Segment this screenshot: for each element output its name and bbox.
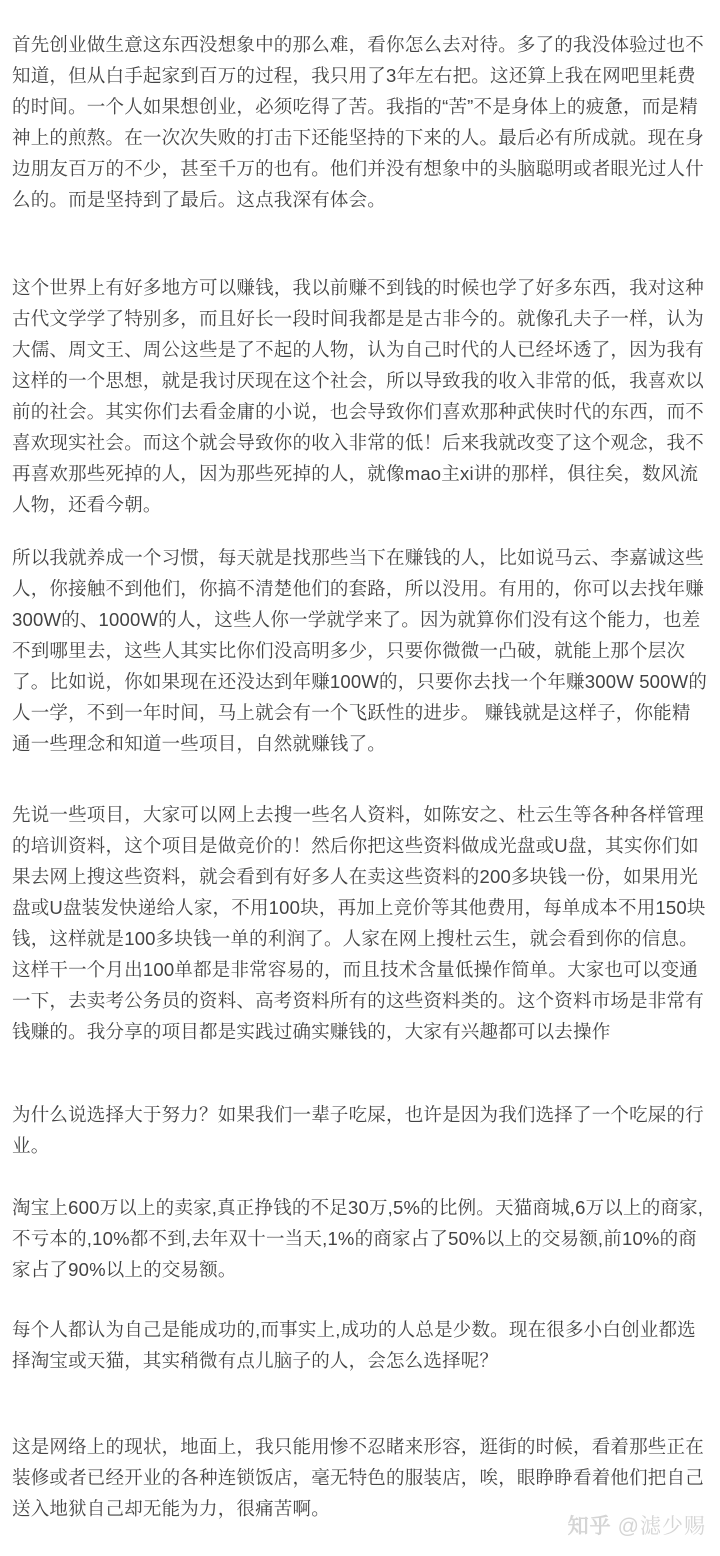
paragraph-success-minority: 每个人都认为自己是能成功的,而事实上,成功的人总是少数。现在很多小白创业都选择淘… xyxy=(12,1314,708,1376)
zhihu-watermark: 知乎@滤少赐 xyxy=(568,1510,706,1540)
paragraph-project-example: 先说一些项目，大家可以网上去搜一些名人资料，如陈安之、杜云生等各种各样管理的培训… xyxy=(12,799,708,1047)
zhihu-logo-text: 知乎 xyxy=(568,1515,612,1538)
watermark-username: @滤少赐 xyxy=(618,1515,706,1538)
paragraph-startup-intro: 首先创业做生意这东西没想象中的那么难，看你怎么去对待。多了的我没体验过也不知道，… xyxy=(12,29,708,215)
paragraph-learn-from-earners: 所以我就养成一个习惯，每天就是找那些当下在赚钱的人，比如说马云、李嘉诚这些人，你… xyxy=(12,542,708,759)
paragraph-worldview: 这个世界上有好多地方可以赚钱，我以前赚不到钱的时候也学了好多东西，我对这种古代文… xyxy=(12,272,708,520)
paragraph-choice-over-effort: 为什么说选择大于努力？如果我们一辈子吃屎，也许是因为我们选择了一个吃屎的行业。 xyxy=(12,1099,708,1161)
article-body: 首先创业做生意这东西没想象中的那么难，看你怎么去对待。多了的我没体验过也不知道，… xyxy=(0,0,720,1524)
article-page: 首先创业做生意这东西没想象中的那么难，看你怎么去对待。多了的我没体验过也不知道，… xyxy=(0,0,720,1556)
paragraph-taobao-stats: 淘宝上600万以上的卖家,真正挣钱的不足30万,5%的比例。天猫商城,6万以上的… xyxy=(12,1192,708,1285)
